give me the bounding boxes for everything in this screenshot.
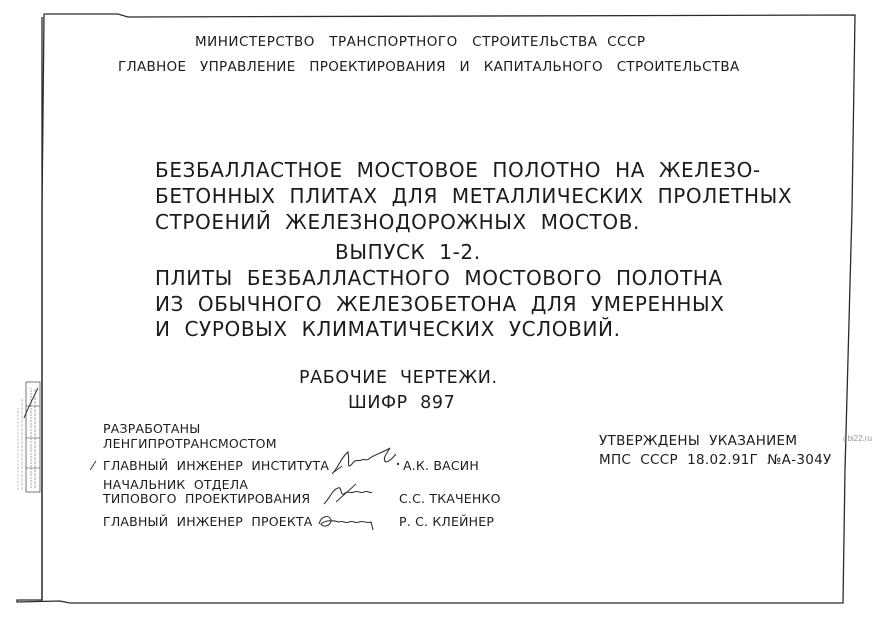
archive-stamp-icon [12,378,42,496]
department-head-role-line-2: ТИПОВОГО ПРОЕКТИРОВАНИЯ [103,491,310,506]
document-code: ШИФР 897 [348,393,455,413]
subtitle-line-2: ИЗ ОБЫЧНОГО ЖЕЛЕЗОБЕТОНА ДЛЯ УМЕРЕННЫХ [155,292,725,316]
title-line-1: БЕЗБАЛЛАСТНОЕ МОСТОВОЕ ПОЛОТНО НА ЖЕЛЕЗО… [155,158,761,182]
title-line-2: БЕТОННЫХ ПЛИТАХ ДЛЯ МЕТАЛЛИЧЕСКИХ ПРОЛЕТ… [155,184,792,208]
chief-engineer-institute-name: А.К. ВАСИН [403,458,479,473]
approval-line-2: МПС СССР 18.02.91Г №А-304У [599,452,832,468]
department-head-name: С.С. ТКАЧЕНКО [399,491,501,506]
issue-number: ВЫПУСК 1-2. [335,240,481,264]
check-mark-icon: ⁄ [92,458,94,473]
directorate-header: ГЛАВНОЕ УПРАВЛЕНИЕ ПРОЕКТИРОВАНИЯ И КАПИ… [118,59,740,75]
chief-engineer-institute-role: ГЛАВНЫЙ ИНЖЕНЕР ИНСТИТУТА [103,458,329,473]
signature-tkachenko-icon [318,480,376,508]
department-head-role-line-1: НАЧАЛЬНИК ОТДЕЛА [103,477,248,492]
chief-project-engineer-name: Р. С. КЛЕЙНЕР [399,514,494,529]
watermark: gbi22.ru [843,434,872,443]
approval-line-1: УТВЕРЖДЕНЫ УКАЗАНИЕМ [599,433,797,449]
subtitle-line-1: ПЛИТЫ БЕЗБАЛЛАСТНОГО МОСТОВОГО ПОЛОТНА [155,266,723,290]
document-type: РАБОЧИЕ ЧЕРТЕЖИ. [299,368,498,388]
signature-vasin-icon [328,444,402,478]
chief-project-engineer-role: ГЛАВНЫЙ ИНЖЕНЕР ПРОЕКТА [103,514,313,529]
title-line-3: СТРОЕНИЙ ЖЕЛЕЗНОДОРОЖНЫХ МОСТОВ. [155,210,640,234]
developer-organization: ЛЕНГИПРОТРАНСМОСТОМ [103,436,277,451]
subtitle-line-3: И СУРОВЫХ КЛИМАТИЧЕСКИХ УСЛОВИЙ. [155,317,621,341]
developed-by-label: РАЗРАБОТАНЫ [103,421,200,436]
ministry-header: МИНИСТЕРСТВО ТРАНСПОРТНОГО СТРОИТЕЛЬСТВА… [195,34,646,50]
signature-kleiner-icon [313,508,379,534]
